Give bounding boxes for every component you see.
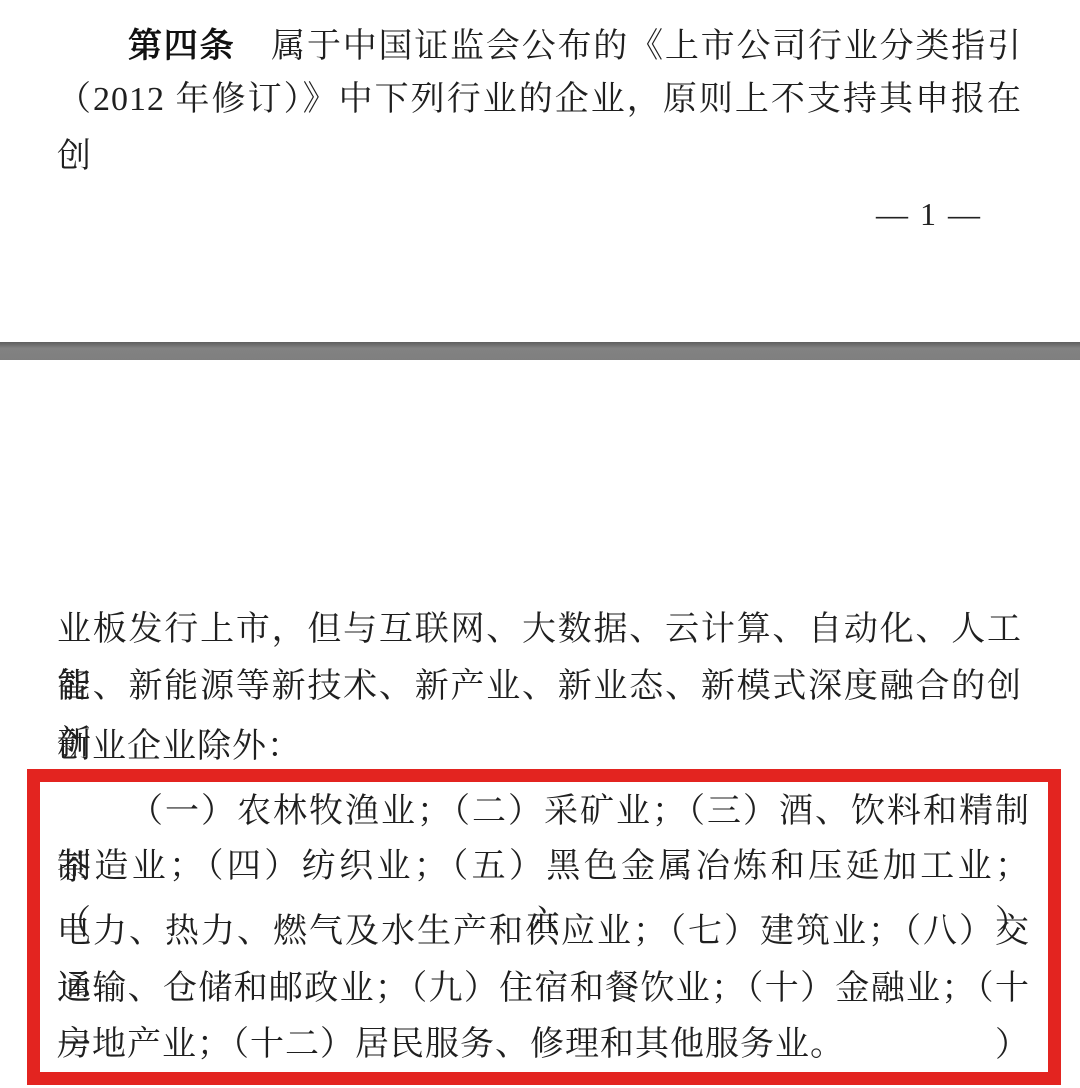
page-number: — 1 — [876, 196, 982, 233]
article4-line1: 第四条 属于中国证监会公布的《上市公司行业分类指引 [57, 18, 1022, 75]
highlight-line: 房地产业；（十二）居民服务、修理和其他服务业。 [57, 1016, 1030, 1073]
article-number: 第四条 [128, 28, 235, 65]
paragraph-line: 创业企业除外： [57, 718, 1022, 775]
document-page: 第四条 属于中国证监会公布的《上市公司行业分类指引 （2012 年修订）》中下列… [0, 0, 1080, 1088]
article4-line1-text: 属于中国证监会公布的《上市公司行业分类指引 [235, 28, 1022, 65]
article4-line2: （2012 年修订）》中下列行业的企业，原则上不支持其申报在创 [57, 71, 1022, 185]
page-divider-bar [0, 342, 1080, 360]
